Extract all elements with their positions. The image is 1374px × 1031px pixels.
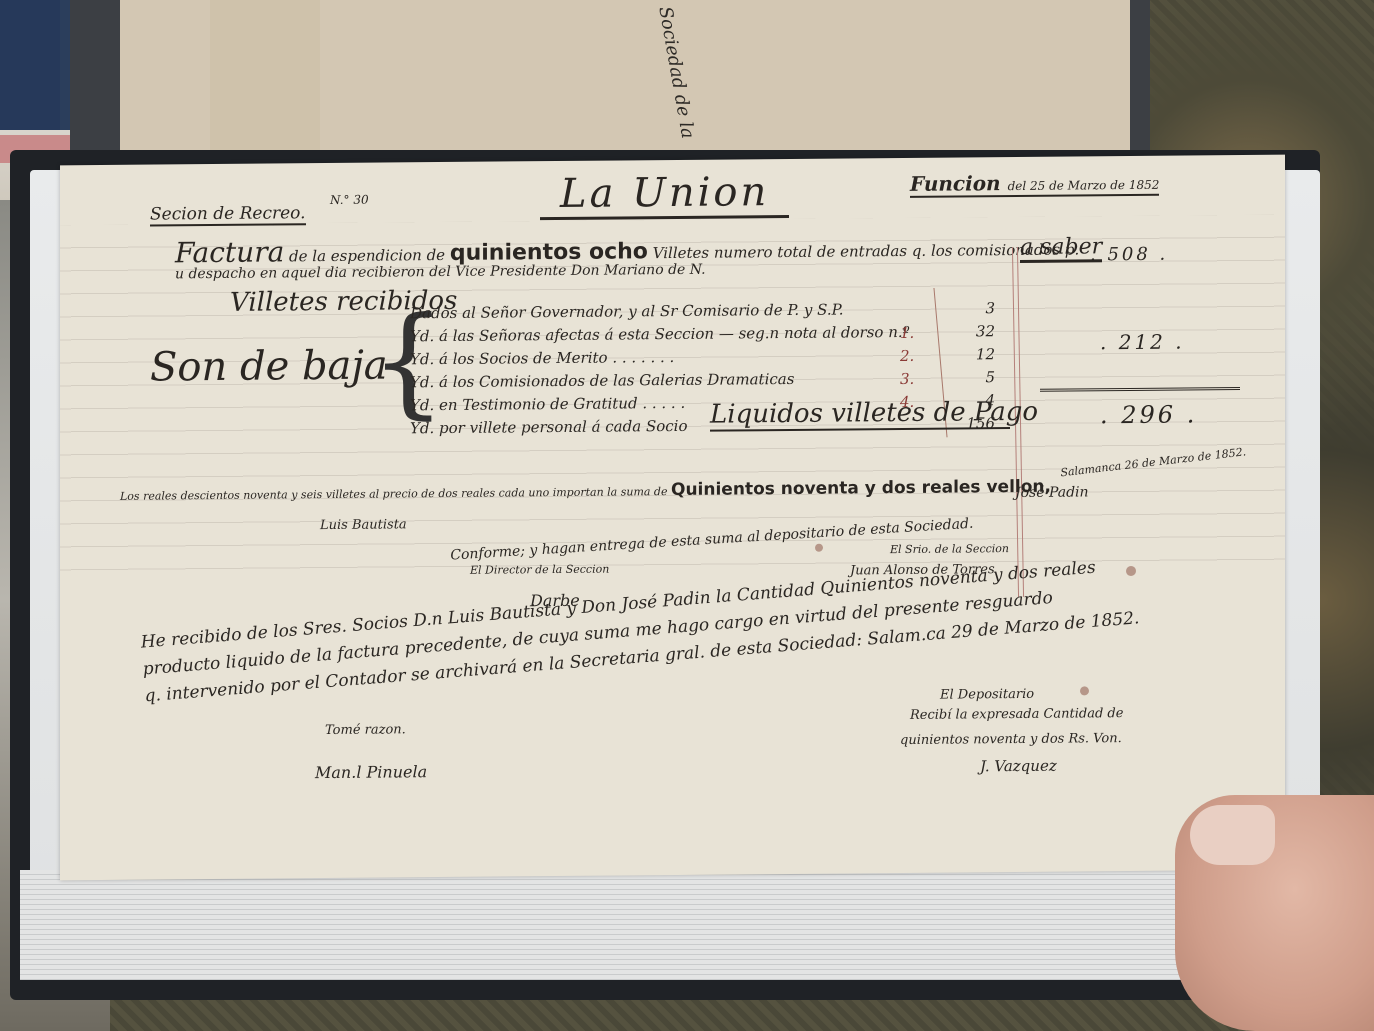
signature-padin: José Padin — [1015, 484, 1089, 501]
signature-depositario: J. Vazquez — [980, 757, 1057, 776]
deduction-amount: 3 — [940, 297, 995, 320]
baja-total: . 212 . — [1100, 330, 1185, 355]
previous-page: Sociedad de la — [120, 0, 1130, 172]
deduction-amount: 12 — [940, 343, 995, 366]
ink-stain — [1080, 686, 1089, 695]
tome-razon: Tomé razon. — [325, 722, 406, 738]
amount-sentence-text: Los reales descientos noventa y seis vil… — [120, 485, 668, 503]
document-title: La Union — [540, 169, 789, 220]
ref-number: 3. — [900, 368, 914, 391]
son-de-baja-label: Son de baja — [150, 342, 388, 390]
document-number: N.° 30 — [330, 193, 369, 207]
page-stack-edges — [20, 870, 1310, 980]
invoice-document: Secion de Recreo. N.° 30 La Union Funcio… — [60, 155, 1285, 881]
thumbnail — [1190, 805, 1275, 865]
liquid-label: Liquidos villetes de Pago — [710, 397, 1010, 432]
depositario-text: Recibí la expresada Cantidad de — [910, 706, 1123, 723]
ref-number: 1. — [900, 322, 914, 345]
function-label: Funcion — [910, 171, 1001, 196]
previous-page-fold — [210, 0, 320, 160]
deduction-amount: 32 — [940, 320, 995, 343]
ref-number: 2. — [900, 345, 914, 368]
depositario-label: El Depositario — [940, 687, 1034, 703]
intro-text-a: de la espendicion de — [289, 246, 445, 265]
deduction-item: Yd. á las Señoras afectas á esta Seccion… — [410, 321, 910, 348]
amount-in-words: Quinientos noventa y dos reales vellon, — [671, 477, 1051, 500]
previous-page-text: Sociedad de la — [654, 5, 698, 140]
received-total: . 508 . — [1090, 244, 1168, 266]
depositario-amount: quinientos noventa y dos Rs. Von. — [900, 731, 1122, 748]
function-date-text: del 25 de Marzo de 1852 — [1008, 178, 1160, 193]
secretary-label: El Srio. de la Seccion — [890, 542, 1009, 556]
section-label: Secion de Recreo. — [150, 203, 306, 226]
blue-book — [0, 0, 60, 130]
function-date: Funcion del 25 de Marzo de 1852 — [910, 170, 1159, 198]
deduction-amount: 5 — [940, 366, 995, 389]
ink-stain — [815, 544, 823, 552]
signature-bautista: Luis Bautista — [320, 517, 407, 533]
signature-contador: Man.l Pinuela — [315, 762, 427, 782]
ink-stain — [1126, 566, 1136, 576]
liquid-total: . 296 . — [1100, 400, 1197, 429]
director-label: El Director de la Seccion — [470, 563, 609, 577]
factura-heading: Factura — [175, 235, 284, 269]
